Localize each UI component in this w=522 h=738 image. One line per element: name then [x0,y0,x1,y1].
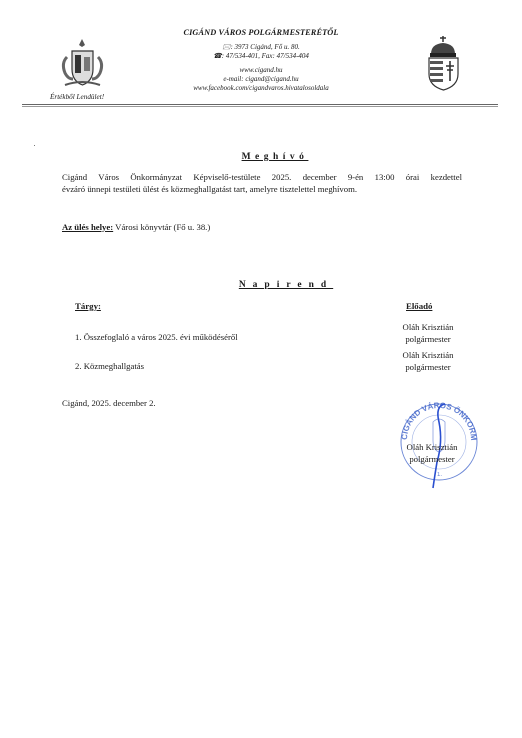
presenter-name: Oláh Krisztián [388,322,468,334]
presenter-title: polgármester [388,334,468,346]
header-divider [22,104,498,105]
invitation-heading: Meghívó [0,152,522,162]
scan-speck [34,145,35,146]
svg-text:CIGÁND VÁROS ÖNKORMÁNYZATA: CIGÁND VÁROS ÖNKORMÁNYZATA [393,392,478,441]
signature-block: Oláh Krisztián polgármester [392,442,472,465]
agenda-item-presenter: Oláh Krisztián polgármester [388,322,468,345]
agenda-item-subject: 1. Összefoglaló a város 2025. évi működé… [75,332,238,342]
stamp-number: 1. [437,472,442,478]
motto: Értékből Lendület! [50,93,104,101]
place-and-date: Cigánd, 2025. december 2. [62,398,156,408]
agenda-item-subject: 2. Közmeghallgatás [75,361,144,371]
presenter-name: Oláh Krisztián [388,350,468,362]
stamp-text: CIGÁND VÁROS ÖNKORMÁNYZATA [393,392,478,441]
signer-name: Oláh Krisztián [392,442,472,454]
presenter-title: polgármester [388,362,468,374]
invitation-body-line-2: évzáró ünnepi testületi ülést és közmegh… [62,184,357,194]
signer-title: polgármester [392,454,472,466]
agenda-subject-header: Tárgy: [75,301,101,311]
meeting-place: Az ülés helye: Városi könyvtár (Fő u. 38… [62,222,210,232]
hungarian-coat-of-arms-icon [421,32,466,92]
meeting-place-label: Az ülés helye: [62,222,113,232]
agenda-presenter-header: Előadó [406,301,432,311]
agenda-heading: Napirend [0,280,522,290]
meeting-place-value: Városi könyvtár (Fő u. 38.) [113,222,210,232]
header-divider-secondary [22,106,498,107]
agenda-item-presenter: Oláh Krisztián polgármester [388,350,468,373]
invitation-body-line-1: Cigánd Város Önkormányzat Képviselő-test… [62,171,462,183]
invitation-body: Cigánd Város Önkormányzat Képviselő-test… [62,171,462,195]
